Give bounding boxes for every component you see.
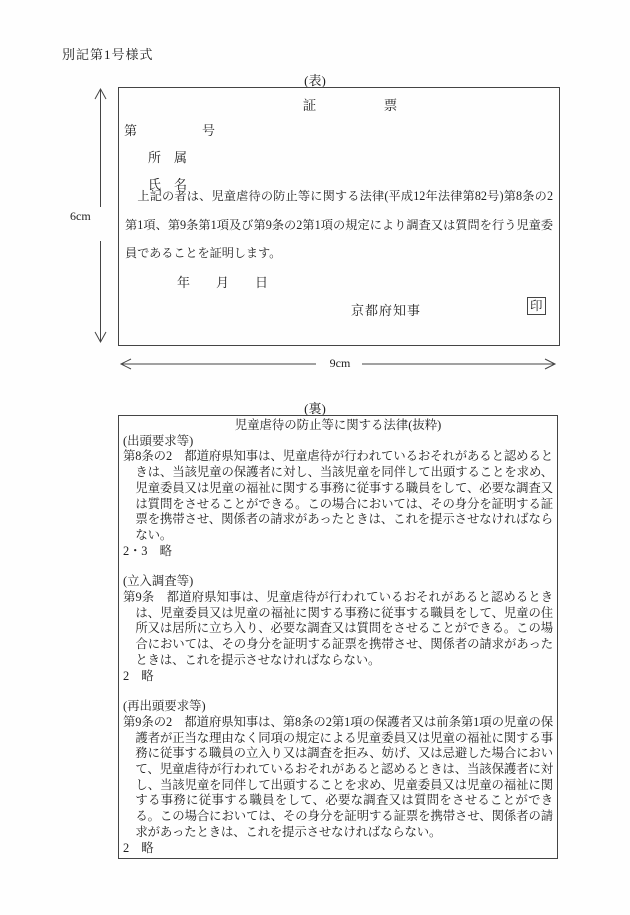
statute-paragraph: 第9条の2 都道府県知事は、第8条の2第1項の保護者又は前条第1項の児童の保護者… bbox=[123, 715, 553, 841]
section-heading: (立入調査等) bbox=[123, 574, 553, 590]
height-dimension-label: 6cm bbox=[70, 209, 96, 224]
law-title: 児童虐待の防止等に関する法律(抜粋) bbox=[123, 418, 553, 434]
section-heading: (再出頭要求等) bbox=[123, 699, 553, 715]
back-card: 児童虐待の防止等に関する法律(抜粋) (出頭要求等) 第8条の2 都道府県知事は… bbox=[118, 415, 558, 859]
form-number-label: 別記第1号様式 bbox=[62, 44, 154, 63]
front-card: 証 票 第 号 所 属 氏 名 上記の者は、児童虐待の防止等に関する法律(平成1… bbox=[118, 87, 560, 346]
card-title: 証 票 bbox=[119, 94, 559, 114]
omitted-clause-line: 2 略 bbox=[123, 841, 553, 857]
omitted-clause-line: 2 略 bbox=[123, 669, 553, 685]
law-section-reappearance-request: (再出頭要求等) 第9条の2 都道府県知事は、第8条の2第1項の保護者又は前条第… bbox=[123, 699, 553, 856]
section-heading: (出頭要求等) bbox=[123, 434, 553, 450]
issuer-name: 京都府知事 bbox=[351, 300, 421, 319]
certification-text: 上記の者は、児童虐待の防止等に関する法律(平成12年法律第82号)第8条の2第1… bbox=[125, 182, 553, 268]
form-page: 別記第1号様式 (表) 証 票 第 号 所 属 氏 名 上記の者は、児童虐待の防… bbox=[0, 0, 630, 915]
seal-mark: 印 bbox=[527, 297, 546, 315]
width-dimension-label: 9cm bbox=[318, 356, 362, 371]
statute-paragraph: 第8条の2 都道府県知事は、児童虐待が行われているおそれがあると認めるときは、当… bbox=[123, 449, 553, 543]
law-section-appearance-request: (出頭要求等) 第8条の2 都道府県知事は、児童虐待が行われているおそれがあると… bbox=[123, 434, 553, 560]
affiliation-label: 所 属 bbox=[148, 147, 187, 166]
statute-paragraph: 第9条 都道府県知事は、児童虐待が行われているおそれがあると認めるときは、児童委… bbox=[123, 590, 553, 669]
date-line: 年 月 日 bbox=[177, 272, 268, 291]
omitted-clause-line: 2・3 略 bbox=[123, 544, 553, 560]
law-section-onsite-inspection: (立入調査等) 第9条 都道府県知事は、児童虐待が行われているおそれがあると認め… bbox=[123, 574, 553, 684]
certificate-number-line: 第 号 bbox=[124, 120, 215, 139]
